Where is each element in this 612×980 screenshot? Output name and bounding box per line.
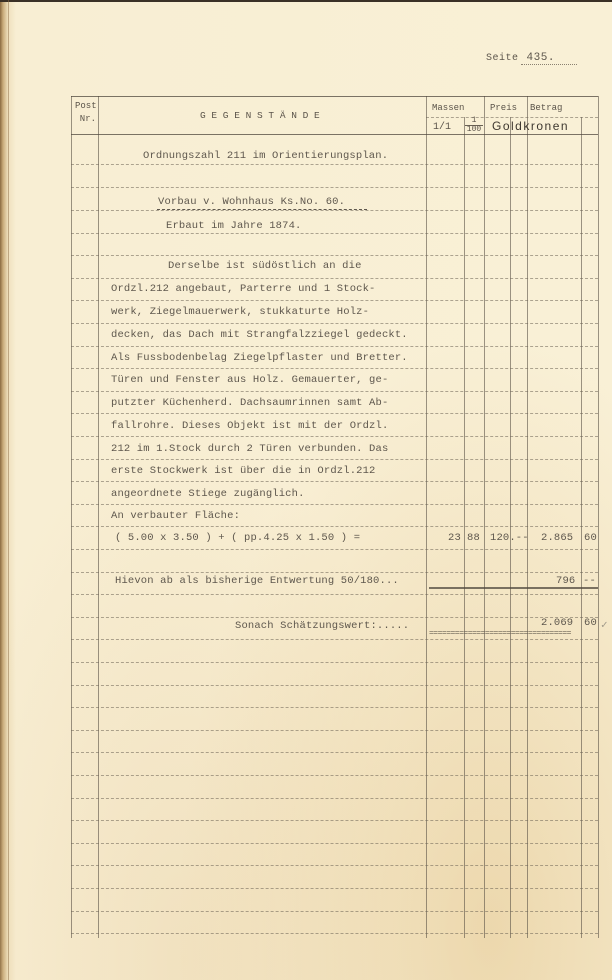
currency-stamp: Goldkronen [492,119,569,133]
description-line: Türen und Fenster aus Holz. Gemauerter, … [111,374,388,386]
row-rule [71,323,598,324]
row-rule [71,798,598,799]
binding-edge [8,0,9,980]
row-rule [71,843,598,844]
col-line-left [71,96,72,938]
row-rule [71,187,598,188]
row-rule [71,933,598,934]
description-line: Derselbe ist südöstlich an die [168,260,362,272]
massen-value-int: 23 [448,532,461,544]
description-line: werk, Ziegelmauerwerk, stukkaturte Holz- [111,306,369,318]
header-bottom-rule [71,134,598,135]
total-value-frac: 60 [584,617,597,629]
row-rule [71,391,598,392]
row-rule [71,255,598,256]
row-rule [71,888,598,889]
header-betrag: Betrag [530,103,562,113]
header-post-nr: Post Nr. [75,100,96,126]
description-line: fallrohre. Dieses Objekt ist mit der Ord… [111,420,388,432]
col-line-preis-frac [510,117,511,938]
row-rule [71,210,598,211]
row-rule [71,911,598,912]
col-line-right [598,96,599,938]
row-rule [71,526,598,527]
col-line-betrag-frac [581,117,582,938]
row-rule [71,278,598,279]
row-rule [71,572,598,573]
col-line-post [98,96,99,938]
row-rule [71,707,598,708]
betrag-value-int: 2.865 [541,532,573,544]
page-number-value: 435. [521,52,577,65]
deduction-underline [429,587,598,589]
header-sub-rule [426,117,598,118]
header-gegenstaende: G E G E N S T Ä N D E [200,110,320,121]
row-rule [71,685,598,686]
row-rule [71,617,598,618]
ordnungszahl-line: Ordnungszahl 211 im Orientierungsplan. [143,150,388,162]
row-rule [71,233,598,234]
description-line: putzter Küchenherd. Dachsaumrinnen samt … [111,397,388,409]
header-post: Post [75,100,96,113]
area-formula: ( 5.00 x 3.50 ) + ( pp.4.25 x 1.50 ) = [115,532,360,544]
page-top-edge [0,0,612,2]
description-line: decken, das Dach mit Strangfalzziegel ge… [111,329,408,341]
deduction-value-int: 796 [556,575,575,587]
col-line-massen [484,96,485,938]
deduction-label: Hievon ab als bisherige Entwertung 50/18… [115,575,399,587]
row-rule [71,549,598,550]
description-line: erste Stockwerk ist über die in Ordzl.21… [111,465,376,477]
header-nr: Nr. [75,113,96,126]
total-value-int: 2.069 [541,617,573,629]
row-rule [71,504,598,505]
table-top-rule [71,96,598,97]
header-massen-whole: 1/1 [433,122,451,133]
header-preis: Preis [490,103,517,113]
deduction-value-frac: -- [583,575,596,587]
total-double-rule: ================================= [429,629,598,638]
row-rule [71,639,598,640]
object-title: Vorbau v. Wohnhaus Ks.No. 60. [158,196,345,208]
row-rule [71,368,598,369]
description-line: 212 im 1.Stock durch 2 Türen verbunden. … [111,443,388,455]
row-rule [71,865,598,866]
description-line: Ordzl.212 angebaut, Parterre und 1 Stock… [111,283,376,295]
total-label: Sonach Schätzungswert:..... [235,620,409,632]
description-line: Als Fussbodenbelag Ziegelpflaster und Br… [111,352,408,364]
row-rule [71,300,598,301]
betrag-value-frac: 60 [584,532,597,544]
description-line: angeordnete Stiege zugänglich. [111,488,305,500]
page-label: Seite [486,53,519,64]
build-year: Erbaut im Jahre 1874. [166,220,301,232]
fraction-numerator: 1 [465,117,483,125]
massen-value-frac: 88 [467,532,480,544]
document-page: Seite435. Post Nr. G E G E N S T Ä N D E… [0,0,612,980]
col-line-gegenstaende [426,96,427,938]
col-line-preis [527,96,528,938]
row-rule [71,459,598,460]
object-title-underline [157,209,367,210]
header-massen-fraction: 1 100 [465,117,483,134]
row-rule [71,413,598,414]
check-mark: ✓ [601,618,608,632]
row-rule [71,752,598,753]
row-rule [71,730,598,731]
row-rule [71,594,598,595]
page-number: Seite435. [486,52,577,65]
header-massen: Massen [432,103,464,113]
row-rule [71,662,598,663]
row-rule [71,346,598,347]
area-label: An verbauter Fläche: [111,510,240,522]
row-rule [71,436,598,437]
row-rule [71,164,598,165]
fraction-denominator: 100 [465,125,483,134]
col-line-massen-frac [464,117,465,938]
row-rule [71,775,598,776]
row-rule [71,820,598,821]
row-rule [71,481,598,482]
preis-value: 120.-- [490,532,529,544]
